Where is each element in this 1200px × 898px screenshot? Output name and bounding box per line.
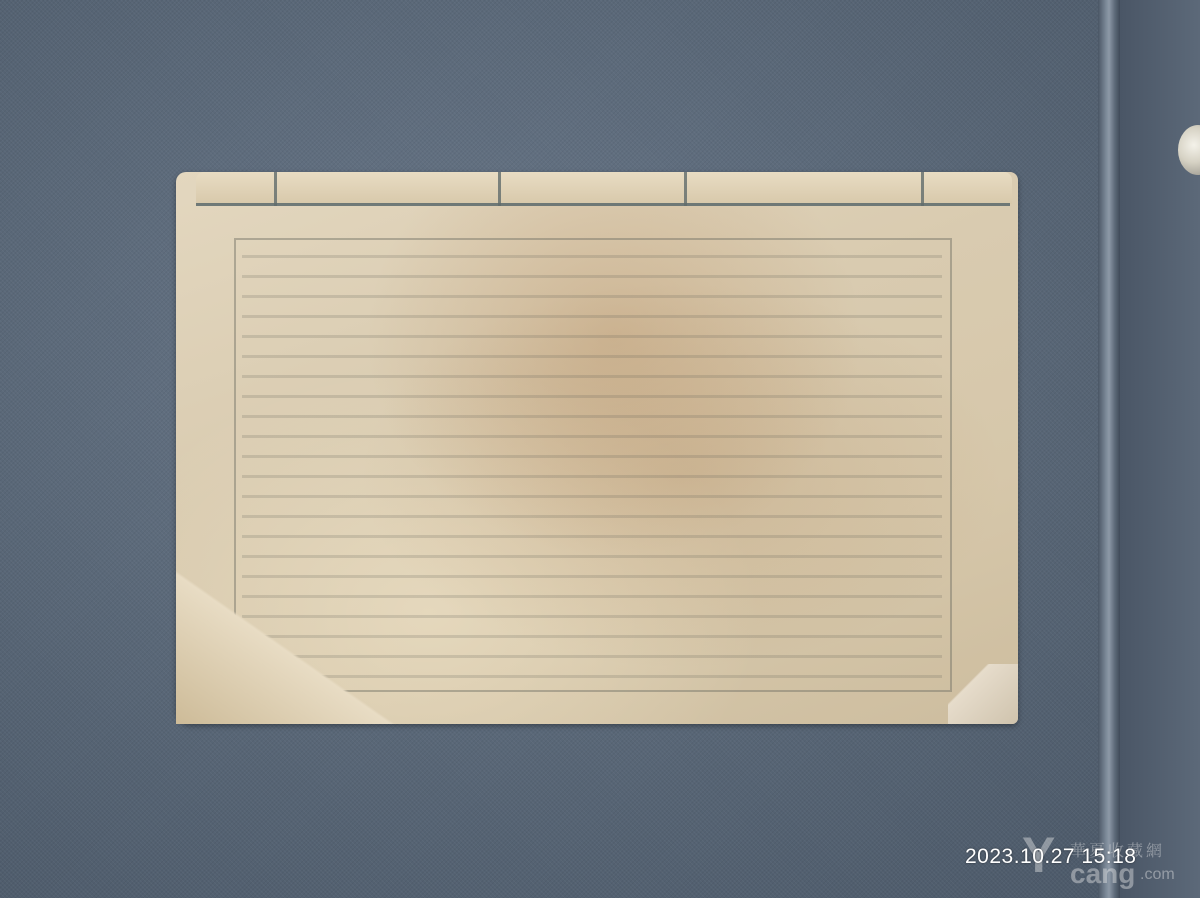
binding-strip: [196, 172, 1012, 204]
stitch: [274, 172, 277, 206]
torn-corner-bottom-left: [176, 544, 396, 724]
stitch: [921, 172, 924, 206]
stitch: [684, 172, 687, 206]
torn-corner-bottom-right: [948, 664, 1018, 724]
binder-ridge: [1098, 0, 1120, 898]
stitch: [498, 172, 501, 206]
watermark-suffix: .com: [1140, 866, 1175, 884]
photo-timestamp: 2023.10.27 15:18: [965, 845, 1137, 869]
antique-book: [176, 172, 1018, 724]
binding-thread: [196, 203, 1010, 206]
